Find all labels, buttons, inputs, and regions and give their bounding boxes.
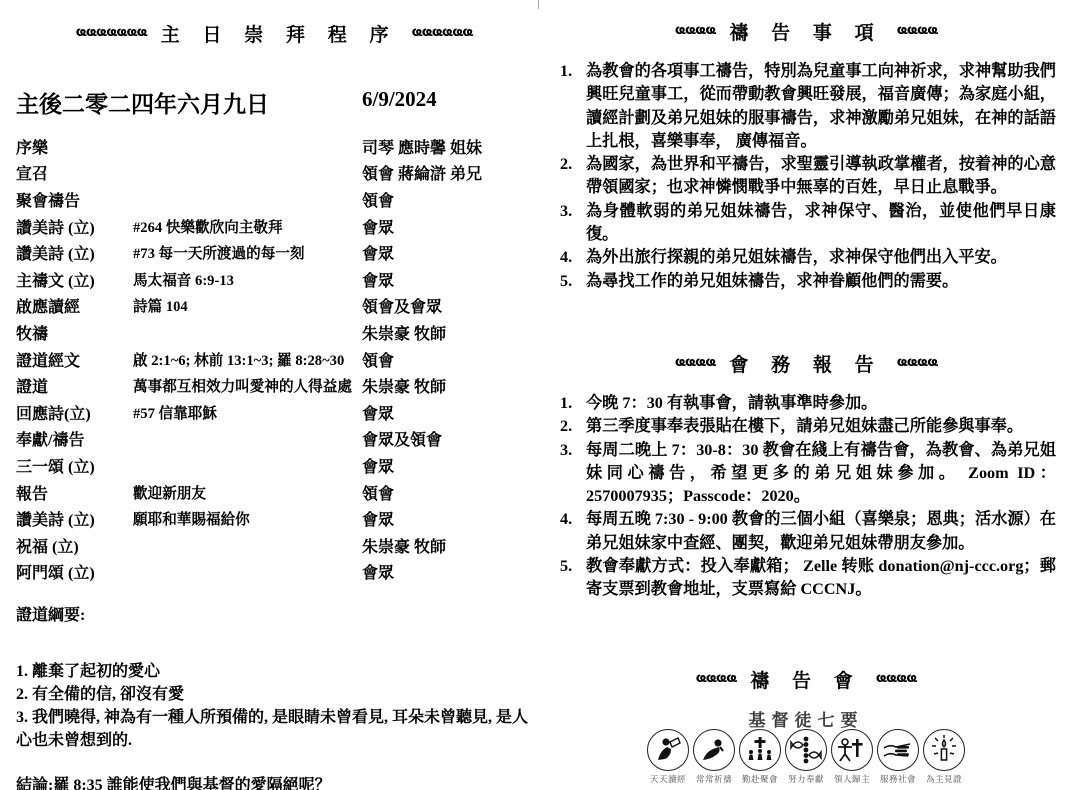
essential-label: 服務社會 [880, 773, 916, 785]
sermon-outline-heading: 證道綱要: [16, 602, 532, 625]
scroll-ornament-icon: ҩҩҩҩҩҩҩ [76, 25, 147, 40]
worship-order-header: ҩҩҩҩҩҩҩ 主 日 崇 拜 程 序 ҩҩҩҩҩҩ [16, 20, 532, 47]
prayer-item-text: 為尋找工作的弟兄姐妹禱告，求神眷顧他們的需要。 [586, 270, 1056, 293]
prayer-item-text: 為外出旅行探親的弟兄姐妹禱告，求神保守他們出入平安。 [586, 246, 1056, 269]
program-row: 讚美詩 (立) #264 快樂歡欣向主敬拜 會眾 [16, 213, 532, 240]
list-item-number: 5. [556, 270, 586, 293]
list-item-number: 4. [556, 508, 586, 555]
program-row: 讚美詩 (立) #73 每一天所渡過的每一刻 會眾 [16, 239, 532, 266]
date-chinese: 主後二零二四年六月九日 [16, 92, 269, 117]
program-row: 阿門頌 (立) 會眾 [16, 559, 532, 586]
prayer-item-text: 為身體軟弱的弟兄姐妹禱告，求神保守、醫治，並使他們早日康復。 [586, 200, 1056, 247]
prayer-item-text: 為教會的各項事工禱告，特別為兒童事工向神祈求，求神幫助我們興旺兒童事工，從而帶動… [586, 60, 1056, 153]
essential-meeting: 勤赴聚會 [738, 729, 783, 785]
prayer-items-header: ҩҩҩҩ 禱 告 事 項 ҩҩҩҩ [556, 18, 1056, 45]
essential-offering: 努力奉獻 [784, 729, 829, 785]
service-icon [877, 729, 919, 771]
sermon-outline-conclusion: 結論:羅 8:35 誰能使我們與基督的愛隔絕呢？ [16, 772, 532, 790]
program-row: 三一頌 (立) 會眾 [16, 452, 532, 479]
evangelism-icon [831, 729, 873, 771]
bible-reading-icon [647, 729, 689, 771]
sermon-outline-point: 2. 有全備的信, 卻沒有愛 [16, 683, 532, 706]
church-affairs-header: ҩҩҩҩ 會 務 報 告 ҩҩҩҩ [556, 350, 1056, 377]
program-item-detail: 詩篇 104 [133, 295, 362, 316]
program-item-label: 讚美詩 (立) [16, 215, 133, 238]
prayer-item: 3. 為身體軟弱的弟兄姐妹禱告，求神保守、醫治，並使他們早日康復。 [556, 200, 1056, 247]
essential-label: 為主見證 [926, 773, 962, 785]
program-item-label: 證道 [16, 374, 133, 397]
list-item-number: 4. [556, 246, 586, 269]
date-row: 主後二零二四年六月九日 6/9/2024 [16, 86, 532, 118]
essential-label: 領人歸主 [834, 773, 870, 785]
announcement-item: 3. 每周二晚上 7：30-8：30 教會在綫上有禱告會，為教會、為弟兄姐妹同心… [556, 439, 1056, 509]
essential-label: 努力奉獻 [788, 773, 824, 785]
list-item-number: 1. [556, 60, 586, 153]
scroll-ornament-icon: ҩҩҩҩ [876, 671, 917, 686]
seven-essentials-title: 基督徒七要 [556, 706, 1056, 731]
program-item-label: 宣召 [16, 161, 133, 184]
program-item-label: 三一頌 (立) [16, 454, 133, 477]
program-item-leader: 會眾及領會 [362, 427, 532, 450]
program-row: 報告 歡迎新朋友 領會 [16, 479, 532, 506]
essential-label: 天天讀經 [650, 773, 686, 785]
meeting-icon [739, 729, 781, 771]
program-row: 宣召 領會 蔣綸滸 弟兄 [16, 160, 532, 187]
scroll-ornament-icon: ҩҩҩҩ [696, 671, 737, 686]
essential-witness: 為主見證 [922, 729, 967, 785]
program-item-leader: 會眾 [362, 454, 532, 477]
bulletin-page: ҩҩҩҩҩҩҩ 主 日 崇 拜 程 序 ҩҩҩҩҩҩ 主後二零二四年六月九日 6… [0, 0, 1068, 790]
program-item-detail: 馬太福音 6:9-13 [133, 269, 362, 290]
program-item-detail: 啟 2:1~6; 林前 13:1~3; 羅 8:28~30 [133, 349, 362, 370]
program-item-detail: 歡迎新朋友 [133, 482, 362, 503]
scroll-ornament-icon: ҩҩҩҩ [897, 23, 938, 38]
sermon-outline-point: 1. 離棄了起初的愛心 [16, 660, 532, 683]
announcement-item-text: 今晚 7：30 有執事會，請執事準時參加。 [586, 392, 1056, 415]
program-item-label: 回應詩(立) [16, 401, 133, 424]
program-item-leader: 領會 [362, 188, 532, 211]
essential-evangelism: 領人歸主 [830, 729, 875, 785]
announcement-item: 1. 今晚 7：30 有執事會，請執事準時參加。 [556, 392, 1056, 415]
program-item-detail: #57 信靠耶穌 [133, 402, 362, 423]
program-item-label: 阿門頌 (立) [16, 560, 133, 583]
scroll-ornament-icon: ҩҩҩҩ [675, 23, 716, 38]
program-item-leader: 會眾 [362, 215, 532, 238]
program-item-label: 報告 [16, 481, 133, 504]
church-affairs-list: 1. 今晚 7：30 有執事會，請執事準時參加。 2. 第三季度事奉表張貼在樓下… [556, 392, 1056, 602]
program-item-label: 序樂 [16, 135, 133, 158]
program-item-leader: 朱崇豪 牧師 [362, 321, 532, 344]
prayer-item: 2. 為國家，為世界和平禱告，求聖靈引導執政掌權者，按着神的心意帶領國家；也求神… [556, 153, 1056, 200]
announcement-item-text: 第三季度事奉表張貼在樓下，請弟兄姐妹盡己所能參與事奉。 [586, 415, 1056, 438]
essential-bible-reading: 天天讀經 [646, 729, 691, 785]
announcement-item-text: 教會奉獻方式：投入奉獻箱； Zelle 转账 donation@nj-ccc.o… [586, 555, 1056, 602]
list-item-number: 5. [556, 555, 586, 602]
program-row: 回應詩(立) #57 信靠耶穌 會眾 [16, 399, 532, 426]
program-item-label: 證道經文 [16, 348, 133, 371]
program-row: 奉獻/禱告 會眾及領會 [16, 426, 532, 453]
essential-praying: 常常祈禱 [692, 729, 737, 785]
program-item-label: 讚美詩 (立) [16, 241, 133, 264]
list-item-number: 3. [556, 200, 586, 247]
program-item-detail: #264 快樂歡欣向主敬拜 [133, 216, 362, 237]
program-row: 讚美詩 (立) 願耶和華賜福給你 會眾 [16, 505, 532, 532]
sermon-outline: 證道綱要: 1. 離棄了起初的愛心 2. 有全備的信, 卻沒有愛 3. 我們曉得… [16, 602, 532, 790]
seven-essentials-row: 天天讀經 常常祈禱 [556, 729, 1056, 785]
program-item-leader: 司琴 應時馨 姐妹 [362, 135, 532, 158]
program-item-leader: 領會 [362, 481, 532, 504]
program-item-leader: 會眾 [362, 241, 532, 264]
list-item-number: 3. [556, 439, 586, 509]
program-item-detail: 願耶和華賜福給你 [133, 508, 362, 529]
announcement-item-text: 每周五晚 7:30 - 9:00 教會的三個小組（喜樂泉；恩典；活水源）在弟兄姐… [586, 508, 1056, 555]
program-item-label: 啟應讀經 [16, 294, 133, 317]
announcement-item: 2. 第三季度事奉表張貼在樓下，請弟兄姐妹盡己所能參與事奉。 [556, 415, 1056, 438]
program-row: 證道經文 啟 2:1~6; 林前 13:1~3; 羅 8:28~30 領會 [16, 346, 532, 373]
program-item-label: 奉獻/禱告 [16, 427, 133, 450]
church-affairs-title: 會 務 報 告 [729, 350, 882, 377]
program-row: 牧禱 朱崇豪 牧師 [16, 319, 532, 346]
program-table: 序樂 司琴 應時馨 姐妹 宣召 領會 蔣綸滸 弟兄 聚會禱告 領會 [16, 133, 532, 585]
witness-icon [923, 729, 965, 771]
program-item-label: 讚美詩 (立) [16, 507, 133, 530]
prayer-items-list: 1. 為教會的各項事工禱告，特別為兒童事工向神祈求，求神幫助我們興旺兒童事工，從… [556, 60, 1056, 293]
sermon-outline-points: 1. 離棄了起初的愛心 2. 有全備的信, 卻沒有愛 3. 我們曉得, 神為有一… [16, 660, 532, 752]
praying-icon [693, 729, 735, 771]
program-row: 主禱文 (立) 馬太福音 6:9-13 會眾 [16, 266, 532, 293]
program-item-label: 聚會禱告 [16, 188, 133, 211]
list-item-number: 2. [556, 153, 586, 200]
prayer-items-title: 禱 告 事 項 [729, 18, 882, 45]
announcement-item-text: 每周二晚上 7：30-8：30 教會在綫上有禱告會，為教會、為弟兄姐妹同心禱告，… [586, 439, 1056, 509]
prayer-item: 5. 為尋找工作的弟兄姐妹禱告，求神眷顧他們的需要。 [556, 270, 1056, 293]
announcement-item: 5. 教會奉獻方式：投入奉獻箱； Zelle 转账 donation@nj-cc… [556, 555, 1056, 602]
program-row: 序樂 司琴 應時馨 姐妹 [16, 133, 532, 160]
program-item-detail: 萬事都互相效力叫愛神的人得益處 [133, 375, 362, 396]
prayer-meeting-header: ҩҩҩҩ 禱 告 會 ҩҩҩҩ [556, 666, 1056, 693]
list-item-number: 2. [556, 415, 586, 438]
program-item-leader: 領會及會眾 [362, 294, 532, 317]
scroll-ornament-icon: ҩҩҩҩ [897, 355, 938, 370]
announcement-item: 4. 每周五晚 7:30 - 9:00 教會的三個小組（喜樂泉；恩典；活水源）在… [556, 508, 1056, 555]
scroll-ornament-icon: ҩҩҩҩ [675, 355, 716, 370]
scroll-ornament-icon: ҩҩҩҩҩҩ [411, 25, 472, 40]
program-item-leader: 會眾 [362, 401, 532, 424]
essential-label: 常常祈禱 [696, 773, 732, 785]
program-row: 啟應讀經 詩篇 104 領會及會眾 [16, 293, 532, 320]
program-item-leader: 會眾 [362, 268, 532, 291]
worship-order-title: 主 日 崇 拜 程 序 [161, 20, 398, 47]
program-item-leader: 會眾 [362, 560, 532, 583]
prayer-meeting-title: 禱 告 會 [750, 666, 862, 693]
program-item-leader: 朱崇豪 牧師 [362, 374, 532, 397]
prayer-item: 1. 為教會的各項事工禱告，特別為兒童事工向神祈求，求神幫助我們興旺兒童事工，從… [556, 60, 1056, 153]
program-item-label: 祝福 (立) [16, 534, 133, 557]
essential-service: 服務社會 [876, 729, 921, 785]
program-item-leader: 領會 蔣綸滸 弟兄 [362, 161, 532, 184]
essential-label: 勤赴聚會 [742, 773, 778, 785]
program-item-leader: 朱崇豪 牧師 [362, 534, 532, 557]
offering-icon [785, 729, 827, 771]
prayer-item: 4. 為外出旅行探親的弟兄姐妹禱告，求神保守他們出入平安。 [556, 246, 1056, 269]
program-row: 祝福 (立) 朱崇豪 牧師 [16, 532, 532, 559]
program-item-detail: #73 每一天所渡過的每一刻 [133, 242, 362, 263]
list-item-number: 1. [556, 392, 586, 415]
program-item-leader: 會眾 [362, 507, 532, 530]
program-row: 證道 萬事都互相效力叫愛神的人得益處 朱崇豪 牧師 [16, 372, 532, 399]
program-item-leader: 領會 [362, 348, 532, 371]
program-row: 聚會禱告 領會 [16, 186, 532, 213]
program-item-label: 主禱文 (立) [16, 268, 133, 291]
program-item-label: 牧禱 [16, 321, 133, 344]
date-western: 6/9/2024 [362, 87, 437, 112]
column-divider-mark [538, 0, 539, 9]
prayer-item-text: 為國家，為世界和平禱告，求聖靈引導執政掌權者，按着神的心意帶領國家；也求神憐憫戰… [586, 153, 1056, 200]
sermon-outline-point: 3. 我們曉得, 神為有一種人所預備的, 是眼睛未曾看見, 耳朵未曾聽見, 是人… [16, 706, 532, 752]
